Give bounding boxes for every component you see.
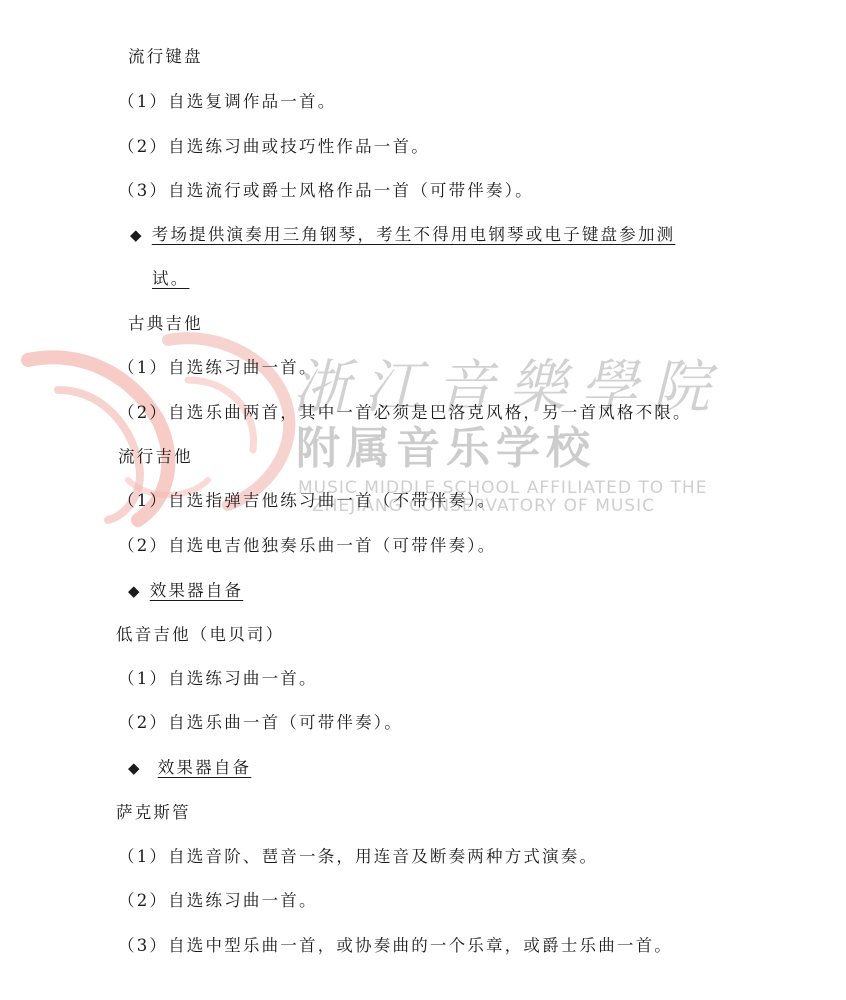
list-item: （3）自选流行或爵士风格作品一首（可带伴奏）。 bbox=[118, 180, 534, 202]
list-item: （2）自选练习曲一首。 bbox=[118, 890, 318, 912]
list-item: （2）自选乐曲两首，其中一首必须是巴洛克风格，另一首风格不限。 bbox=[118, 402, 692, 424]
section-heading: 流行吉他 bbox=[118, 446, 193, 468]
section-heading: 萨克斯管 bbox=[116, 802, 191, 824]
diamond-bullet-icon: ◆ bbox=[130, 226, 144, 244]
list-item: （1）自选复调作品一首。 bbox=[118, 91, 336, 113]
note-text: 效果器自备 bbox=[150, 581, 244, 600]
list-item: （2）自选电吉他独奏乐曲一首（可带伴奏）。 bbox=[118, 535, 496, 557]
section-heading: 流行键盘 bbox=[128, 46, 203, 68]
list-item: （2）自选乐曲一首（可带伴奏）。 bbox=[118, 712, 403, 734]
section-heading: 古典吉他 bbox=[128, 313, 203, 335]
diamond-bullet-icon: ◆ bbox=[128, 582, 142, 600]
note-text: 考场提供演奏用三角钢琴，考生不得用电钢琴或电子键盘参加测 bbox=[152, 225, 676, 244]
note: ◆效果器自备 bbox=[128, 757, 251, 779]
note: ◆考场提供演奏用三角钢琴，考生不得用电钢琴或电子键盘参加测 bbox=[130, 224, 675, 246]
list-item: （1）自选练习曲一首。 bbox=[118, 357, 318, 379]
list-item: （1）自选音阶、琶音一条，用连音及断奏两种方式演奏。 bbox=[118, 846, 598, 868]
list-item: （2）自选练习曲或技巧性作品一首。 bbox=[118, 136, 430, 158]
note-text-continued: 试。 bbox=[152, 268, 189, 290]
list-item: （3）自选中型乐曲一首，或协奏曲的一个乐章，或爵士乐曲一首。 bbox=[118, 935, 673, 957]
section-heading: 低音吉他（电贝司） bbox=[116, 624, 284, 646]
list-item: （1）自选指弹吉他练习曲一首（不带伴奏）。 bbox=[118, 490, 496, 512]
diamond-bullet-icon: ◆ bbox=[128, 759, 142, 777]
note: ◆效果器自备 bbox=[128, 580, 243, 602]
list-item: （1）自选练习曲一首。 bbox=[118, 668, 318, 690]
note-text: 效果器自备 bbox=[158, 758, 252, 777]
